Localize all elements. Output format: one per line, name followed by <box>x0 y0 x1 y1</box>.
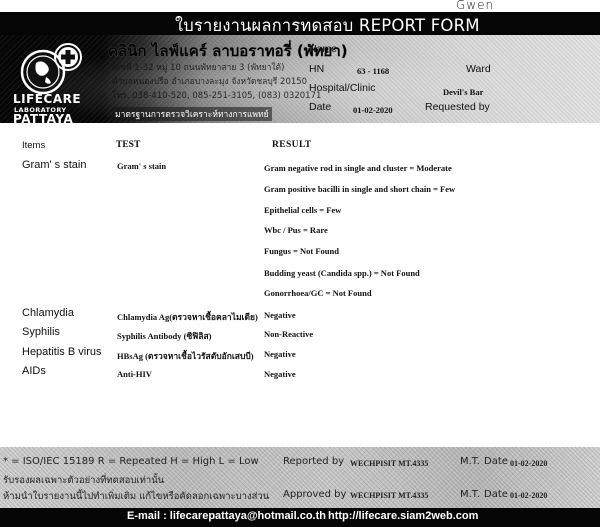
table-row-result: Gonorrhoea/GC = Not Found <box>264 288 372 298</box>
hn-label: HN <box>309 63 324 75</box>
svg-text:PATTAYA: PATTAYA <box>13 112 73 123</box>
copy-restriction-note: ห้ามนำใบรายงานนี้ไปทำเพิ่มเติม แก้ไขหรือ… <box>3 489 269 504</box>
approved-by-value: WECHPISIT MT.4335 <box>350 491 428 500</box>
table-row-item: AIDs <box>22 365 46 377</box>
table-row-result: Budding yeast (Candida spp.) = Not Found <box>264 268 420 278</box>
column-header-test: TEST <box>116 140 140 150</box>
table-row-test: Gram' s stain <box>117 161 166 171</box>
table-row-test: Anti-HIV <box>117 369 152 379</box>
report-title-bar: ใบรายงานผลการทดสอบ REPORT FORM <box>0 12 600 35</box>
lab-address-line: ตำบลหนองปรือ อำเภอบางละมุง จังหวัดชลบุรี… <box>112 74 307 88</box>
lifecare-logo: LIFECARE LABORATORY PATTAYA <box>10 43 102 123</box>
table-row-result: Fungus = Not Found <box>264 246 339 256</box>
lab-standard-line: มาตรฐานการตรวจวิเคราะห์ทางการแพทย์ <box>112 107 272 121</box>
legend-text: * = ISO/IEC 15189 R = Repeated H = High … <box>3 456 259 467</box>
ward-label: Ward <box>466 63 491 75</box>
column-header-result: RESULT <box>272 140 312 150</box>
lab-address-line: เลขที่ 1-32 หมู่ 10 ถนนพัทยาสาย 3 (พัทยา… <box>112 60 284 74</box>
hospital-label: Hospital/Clinic <box>309 82 376 94</box>
table-row-result: Gram negative rod in single and cluster … <box>264 163 452 173</box>
table-row-result: Wbc / Pus = Rare <box>264 225 328 235</box>
report-footer: * = ISO/IEC 15189 R = Repeated H = High … <box>0 447 600 509</box>
lab-header: LIFECARE LABORATORY PATTAYA คลินิก ไลฟ์แ… <box>0 35 600 123</box>
table-row-test: Chlamydia Ag(ตรวจหาเชื้อคลาไมเดีย) <box>117 310 258 324</box>
hospital-value: Devil's Bar <box>443 87 483 97</box>
contact-website[interactable]: http://lifecare.siam2web.com <box>328 510 478 522</box>
table-row-result: Negative <box>264 369 296 379</box>
svg-text:LIFECARE: LIFECARE <box>13 92 81 106</box>
table-row-item: Gram' s stain <box>22 159 86 171</box>
table-row-test: HBsAg (ตรวจหาเชื้อไวรัสตับอักเสบบี) <box>117 349 254 363</box>
approved-date-label: Date <box>484 489 508 500</box>
table-row-result: Negative <box>264 310 296 320</box>
approved-by-label: Approved by <box>283 489 346 500</box>
table-row-result: Epithelial cells = Few <box>264 205 341 215</box>
reported-by-value: WECHPISIT MT.4335 <box>350 459 428 468</box>
certification-note: รับรองผลเฉพาะตัวอย่างที่ทดสอบเท่านั้น <box>3 473 164 488</box>
lifecare-globe-plus-icon: LIFECARE LABORATORY PATTAYA <box>10 43 102 123</box>
table-row-test: Syphilis Antibody (ซิฟิลิส) <box>117 329 211 343</box>
reported-by-label: Reported by <box>283 456 344 467</box>
lab-phone-line: โทร. 038-410-520, 085-251-3105, (083) 03… <box>112 88 321 102</box>
table-row-result: Negative <box>264 349 296 359</box>
approved-date-value: 01-02-2020 <box>510 491 547 500</box>
table-row-result: Gram positive bacilli in single and shor… <box>264 184 455 194</box>
table-row-result: Non-Reactive <box>264 329 313 339</box>
contact-bar: E-mail : lifecarepattaya@hotmail.co.th h… <box>0 508 600 527</box>
reported-mt-label: M.T. <box>460 456 480 467</box>
name-label: Name <box>309 43 337 55</box>
column-header-items: Items <box>22 140 45 151</box>
table-row-item: Chlamydia <box>22 307 74 319</box>
handwritten-note: Gwen <box>456 0 494 12</box>
requested-by-label: Requested by <box>425 101 490 113</box>
reported-date-label: Date <box>484 456 508 467</box>
contact-email[interactable]: E-mail : lifecarepattaya@hotmail.co.th <box>127 510 326 522</box>
hn-value: 63 - 1168 <box>357 66 389 76</box>
table-row-item: Syphilis <box>22 326 60 338</box>
approved-mt-label: M.T. <box>460 489 480 500</box>
reported-date-value: 01-02-2020 <box>510 459 547 468</box>
date-label: Date <box>309 101 331 113</box>
table-row-item: Hepatitis B virus <box>22 346 101 358</box>
date-value: 01-02-2020 <box>353 105 393 115</box>
